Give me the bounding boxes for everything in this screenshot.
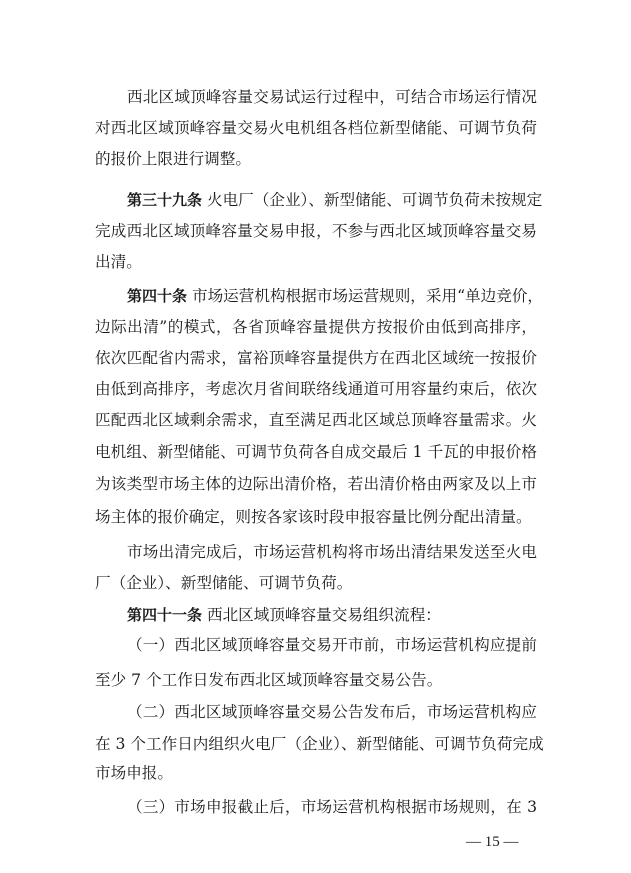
article-text: 火电厂（企业）、新型储能、可调节负荷未按规定 xyxy=(202,191,542,209)
article-label: 第四十条 xyxy=(127,287,187,305)
paragraph-line: 的报价上限进行调整。 xyxy=(95,148,537,170)
article-39-first-line: 第三十九条 火电厂（企业）、新型储能、可调节负荷未按规定 xyxy=(127,189,537,211)
list-item-line: 在 3 个工作日内组织火电厂（企业）、新型储能、可调节负荷完成 xyxy=(95,733,537,755)
paragraph-line: 场主体的报价确定，则按各家该时段申报容量比例分配出清量。 xyxy=(95,506,537,528)
article-text: 市场运营机构根据市场运营规则，采用“单边竞价， xyxy=(187,287,543,305)
article-label: 第三十九条 xyxy=(127,191,202,209)
page-number: — 15 — xyxy=(466,831,519,853)
paragraph-line: 依次匹配省内需求，富裕顶峰容量提供方在西北区域统一按报价 xyxy=(95,347,537,369)
paragraph-line: 完成西北区域顶峰容量交易申报，不参与西北区域顶峰容量交易 xyxy=(95,220,537,242)
article-40-first-line: 第四十条 市场运营机构根据市场运营规则，采用“单边竞价， xyxy=(127,285,537,307)
list-item-line: 至少 7 个工作日发布西北区域顶峰容量交易公告。 xyxy=(95,669,537,691)
list-item-line: 市场申报。 xyxy=(95,762,537,784)
list-item-line: （三）市场申报截止后，市场运营机构根据市场规则，在 3 xyxy=(127,796,537,818)
paragraph-line: 厂（企业）、新型储能、可调节负荷。 xyxy=(95,572,537,594)
list-item-line: （二）西北区域顶峰容量交易公告发布后，市场运营机构应 xyxy=(127,701,537,723)
paragraph-line: 为该类型市场主体的边际出清价格，若出清价格由两家及以上市 xyxy=(95,473,537,495)
list-item-line: （一）西北区域顶峰容量交易开市前，市场运营机构应提前 xyxy=(127,634,537,656)
paragraph-line: 匹配西北区域剩余需求，直至满足西北区域总顶峰容量需求。火 xyxy=(95,409,537,431)
article-label: 第四十一条 xyxy=(127,606,202,624)
paragraph-line: 对西北区域顶峰容量交易火电机组各档位新型储能、可调节负荷 xyxy=(95,117,537,139)
paragraph-line: 市场出清完成后，市场运营机构将市场出清结果发送至火电 xyxy=(127,541,537,563)
article-text: 西北区域顶峰容量交易组织流程： xyxy=(202,606,441,624)
paragraph-line: 西北区域顶峰容量交易试运行过程中，可结合市场运行情况 xyxy=(127,86,537,108)
paragraph-line: 由低到高排序，考虑次月省间联络线通道可用容量约束后，依次 xyxy=(95,378,537,400)
paragraph-line: 出清。 xyxy=(95,251,537,273)
document-page: 西北区域顶峰容量交易试运行过程中，可结合市场运行情况 对西北区域顶峰容量交易火电… xyxy=(0,0,631,873)
paragraph-line: 边际出清”的模式，各省顶峰容量提供方按报价由低到高排序， xyxy=(95,316,537,338)
paragraph-line: 电机组、新型储能、可调节负荷各自成交最后 1 千瓦的申报价格 xyxy=(95,441,537,463)
article-41-first-line: 第四十一条 西北区域顶峰容量交易组织流程： xyxy=(127,604,537,626)
